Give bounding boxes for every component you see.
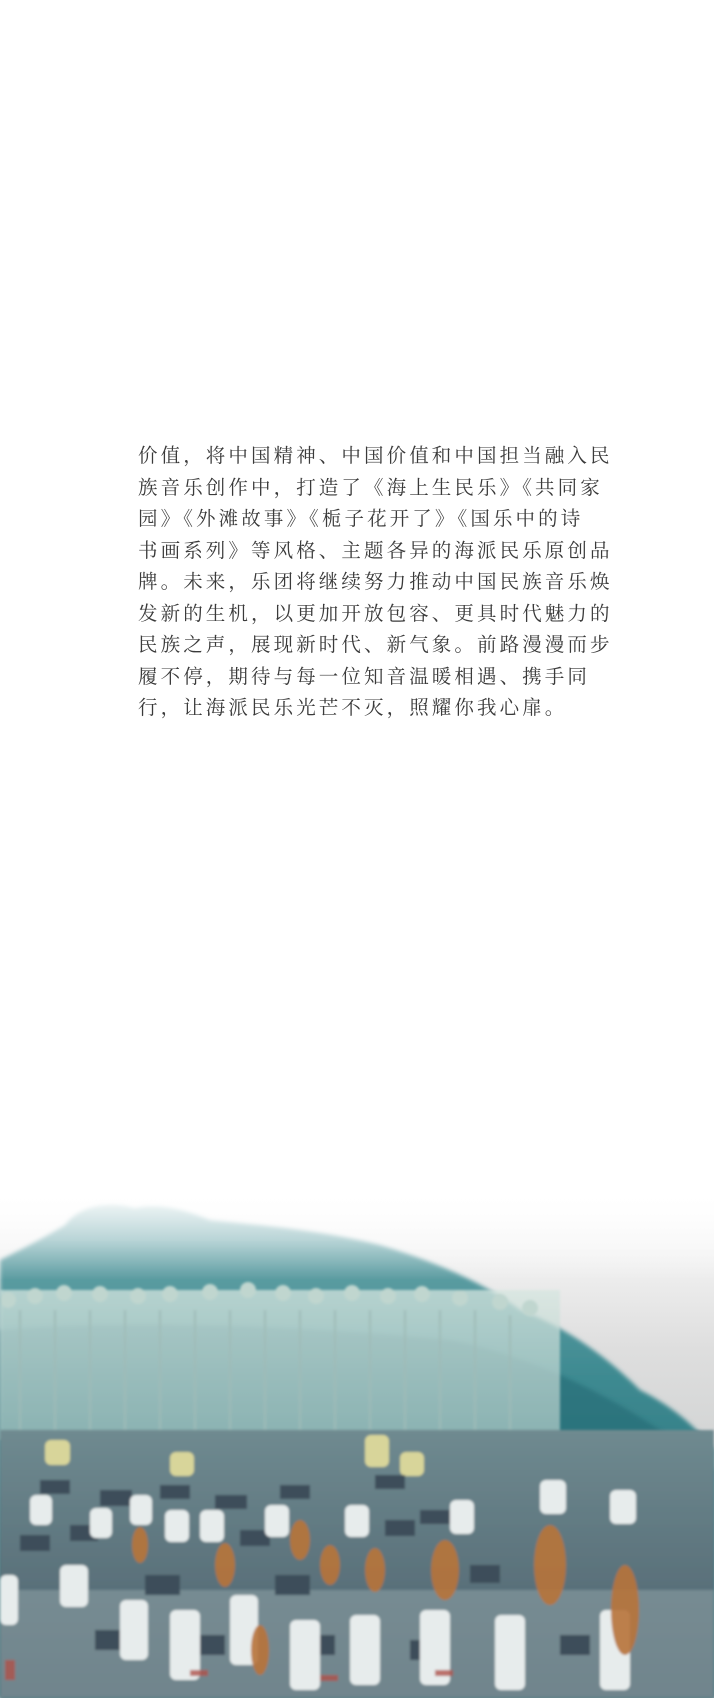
orchestra-group xyxy=(0,1430,714,1698)
article-line: 行，让海派民乐光芒不灭，照耀你我心扉。 xyxy=(138,692,578,724)
article-line: 书画系列》等风格、主题各异的海派民乐原创品 xyxy=(138,535,578,567)
article-line: 园》《外滩故事》《栀子花开了》《国乐中的诗 xyxy=(138,503,578,535)
choir-group xyxy=(0,1282,560,1440)
article-line: 牌。未来，乐团将继续努力推动中国民族音乐焕 xyxy=(138,566,578,598)
article-paragraph: 价值，将中国精神、中国价值和中国担当融入民 族音乐创作中，打造了《海上生民乐》《… xyxy=(138,440,578,724)
article-line: 族音乐创作中，打造了《海上生民乐》《共同家 xyxy=(138,472,578,504)
article-page: 价值，将中国精神、中国价值和中国担当融入民 族音乐创作中，打造了《海上生民乐》《… xyxy=(0,0,714,1698)
article-line: 发新的生机，以更加开放包容、更具时代魅力的 xyxy=(138,598,578,630)
orchestra-performance-photo xyxy=(0,1190,714,1698)
article-line: 民族之声，展现新时代、新气象。前路漫漫而步 xyxy=(138,629,578,661)
article-line: 履不停，期待与每一位知音温暖相遇、携手同 xyxy=(138,661,578,693)
photo-top-fade xyxy=(0,1190,714,1280)
article-line: 价值，将中国精神、中国价值和中国担当融入民 xyxy=(138,440,578,472)
